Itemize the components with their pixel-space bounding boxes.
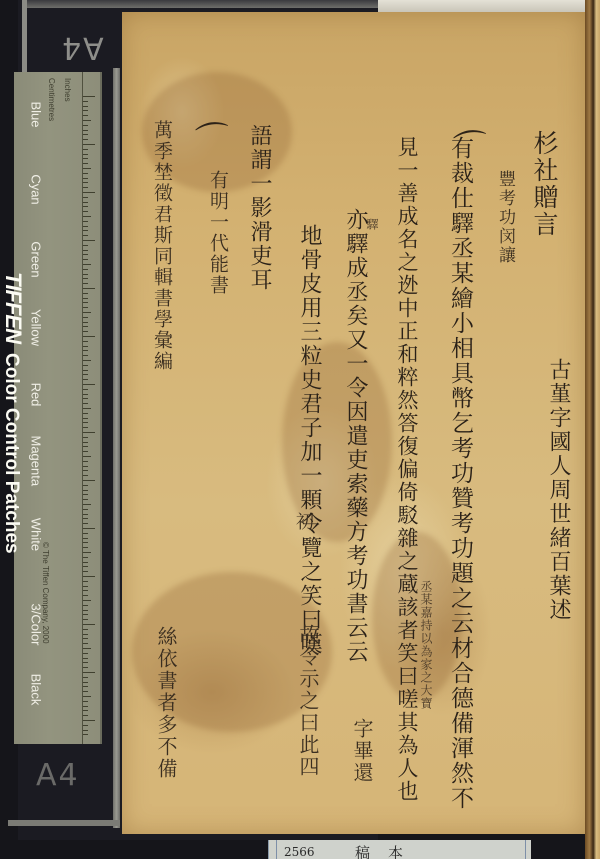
- ruler-tick: [83, 139, 88, 140]
- tiffen-logo: TIFFEN: [1, 272, 26, 343]
- ruler-unit-centimetres: Centimetres: [47, 78, 56, 121]
- ruler-tick: [83, 514, 88, 515]
- ruler-tick: [83, 730, 88, 731]
- column-2: 見一善成名之迯中正和粹然答復偏倚駁雜之蔵該者笑曰嗟其為人也: [396, 136, 417, 803]
- ruler-tick: [83, 158, 88, 159]
- ruler-tick: [83, 566, 88, 567]
- ruler-tick: [83, 302, 88, 303]
- ruler-tick: [83, 413, 88, 414]
- ruler-tick: [83, 115, 88, 116]
- ruler-tick: [83, 178, 88, 179]
- ruler-tick: [83, 163, 88, 164]
- strip-title: Color Control Patches: [1, 353, 22, 554]
- ruler-tick: [83, 192, 95, 193]
- column-4: 地骨皮用三粒史君子加一顆令覽之笑曰嘆: [298, 224, 320, 656]
- patch-label-blue: Blue: [29, 91, 44, 139]
- ruler-tick: [83, 355, 88, 356]
- ruler-tick: [83, 154, 88, 155]
- ruler-tick: [83, 485, 88, 486]
- ruler-tick: [83, 370, 88, 371]
- ruler-tick: [83, 379, 88, 380]
- ruler-tick: [83, 466, 88, 467]
- ruler-tick: [83, 346, 88, 347]
- a4-label-top: A4: [60, 30, 104, 65]
- ruler-tick: [83, 312, 91, 313]
- ruler-tick: [83, 360, 91, 361]
- ruler-tick: [83, 307, 88, 308]
- column-1: 有裁仕驛丞某繪小相具幣乞考功贊考功題之云材合德備渾然不: [448, 136, 471, 811]
- torn-fragment-text: 初: [294, 512, 312, 532]
- ruler-tick: [83, 523, 88, 524]
- ruler-tick: [83, 614, 88, 615]
- ruler-tick: [83, 509, 88, 510]
- ruler-tick: [83, 552, 91, 553]
- ruler-tick: [83, 197, 88, 198]
- ruler-tick: [83, 202, 88, 203]
- ruler-tick: [83, 216, 91, 217]
- ruler-tick: [83, 403, 88, 404]
- ruler-tick: [83, 240, 95, 241]
- ruler-tick: [83, 283, 88, 284]
- ruler-tick: [83, 168, 91, 169]
- ruler-tick: [83, 187, 88, 188]
- ruler-tick: [83, 653, 88, 654]
- ruler-tick: [83, 658, 88, 659]
- ruler-unit-inches: Inches: [63, 78, 72, 102]
- ruler-tick: [83, 96, 95, 97]
- ruler-tick: [83, 350, 88, 351]
- ruler-tick: [83, 682, 88, 683]
- ruler-tick: [83, 581, 88, 582]
- ruler-tick: [83, 667, 88, 668]
- ruler-tick: [83, 254, 88, 255]
- column-author: 古堇字國人周世緒百葉述: [547, 358, 569, 622]
- photo-scene: A4 A4 Inches Centimetres TIFFENColor Con…: [0, 0, 600, 859]
- ruler-tick: [83, 638, 88, 639]
- ruler-tick: [83, 211, 88, 212]
- ruler-tick: [83, 336, 95, 337]
- ruler-tick: [83, 422, 88, 423]
- column-heading-1: 豐考功闵讓: [496, 170, 513, 265]
- section-mark: ⌒: [193, 110, 233, 163]
- ruler-tick: [83, 475, 88, 476]
- ruler-tick: [83, 269, 88, 270]
- column-lower-3: 絲依書者多不備: [156, 626, 176, 780]
- ruler-tick: [83, 298, 88, 299]
- ruler-tick: [83, 605, 88, 606]
- ruler-tick: [83, 288, 95, 289]
- ruler-tick: [83, 442, 88, 443]
- slip-number: 2566: [284, 845, 315, 859]
- ruler-tick: [83, 250, 88, 251]
- ruler-tick: [83, 648, 91, 649]
- ruler-tick: [83, 538, 88, 539]
- ruler-tick: [83, 461, 88, 462]
- patch-label-white: White: [29, 511, 44, 559]
- column-3: 亦驛成丞矣又一令因遣吏索藥方考功書云云: [344, 208, 366, 664]
- ruler-tick: [83, 629, 88, 630]
- ruler-tick: [83, 130, 88, 131]
- ruler-tick: [83, 504, 91, 505]
- ruler-tick: [83, 264, 91, 265]
- patch-label-3color: 3/Color: [29, 601, 44, 649]
- backing-sheet: [378, 0, 600, 12]
- ruler-tick: [83, 533, 88, 534]
- column-1-annotation: 丞某嘉持以為家之大寶: [420, 580, 432, 710]
- column-lower-2: 字畢還: [352, 718, 372, 784]
- ruler-tick: [83, 293, 88, 294]
- ruler-tick: [83, 610, 88, 611]
- ruler-tick: [83, 672, 95, 673]
- ruler-tick: [83, 518, 88, 519]
- patch-label-black: Black: [29, 666, 44, 714]
- ruler-tick: [83, 221, 88, 222]
- ruler-tick: [83, 245, 88, 246]
- ruler-tick: [83, 562, 88, 563]
- frame-edge-top: [22, 0, 378, 8]
- ruler-tick: [83, 384, 95, 385]
- ruler-tick: [83, 715, 88, 716]
- ruler-tick: [83, 230, 88, 231]
- column-title: 杉社贈言: [532, 130, 557, 238]
- ruler-tick: [83, 120, 91, 121]
- ruler-scale: [82, 72, 101, 744]
- ruler-tick: [83, 341, 88, 342]
- tiffen-brand: TIFFENColor Control Patches: [0, 272, 26, 554]
- slip-title: 稿本: [355, 842, 421, 859]
- ruler-tick: [83, 576, 95, 577]
- ruler-tick: [83, 686, 88, 687]
- ruler-tick: [83, 634, 88, 635]
- ruler-tick: [83, 408, 91, 409]
- column-heading-2: 有明一代能書: [208, 170, 227, 296]
- ruler-tick: [83, 437, 88, 438]
- ruler-tick: [83, 691, 88, 692]
- ruler-tick: [83, 427, 88, 428]
- frame-edge-left: [22, 0, 27, 72]
- ruler-tick: [83, 557, 88, 558]
- a4-label-bottom: A4: [36, 758, 80, 793]
- ruler-tick: [83, 446, 88, 447]
- ruler-tick: [83, 590, 88, 591]
- ruler-tick: [83, 226, 88, 227]
- ruler-tick: [83, 600, 91, 601]
- ruler-tick: [83, 274, 88, 275]
- ruler-tick: [83, 394, 88, 395]
- book-spine-edge: [585, 0, 600, 859]
- ruler-tick: [83, 706, 88, 707]
- ruler-tick: [83, 206, 88, 207]
- ruler-tick: [83, 182, 88, 183]
- ruler-tick: [83, 725, 88, 726]
- ruler-tick: [83, 259, 88, 260]
- ruler-tick: [83, 326, 88, 327]
- ruler-tick: [83, 720, 95, 721]
- ruler-tick: [83, 470, 88, 471]
- ruler-tick: [83, 571, 88, 572]
- slip-rule: [525, 840, 526, 859]
- color-control-strip: Inches Centimetres TIFFENColor Control P…: [14, 72, 102, 744]
- ruler-tick: [83, 125, 88, 126]
- ruler-tick: [83, 389, 88, 390]
- ruler-tick: [83, 134, 88, 135]
- ruler-tick: [83, 624, 95, 625]
- ruler-tick: [83, 586, 88, 587]
- ruler-tick: [83, 278, 88, 279]
- column-lower-1: 故令示之曰此四: [298, 624, 318, 778]
- ruler-tick: [83, 451, 88, 452]
- ruler-tick: [83, 235, 88, 236]
- ruler-tick: [83, 480, 95, 481]
- patch-label-red: Red: [29, 371, 44, 419]
- frame-edge-right: [113, 68, 120, 828]
- ruler-tick: [83, 322, 88, 323]
- ruler-tick: [83, 317, 88, 318]
- ruler-tick: [83, 677, 88, 678]
- ruler-tick: [83, 701, 88, 702]
- ruler-tick: [83, 106, 88, 107]
- ruler-tick: [83, 173, 88, 174]
- ruler-tick: [83, 374, 88, 375]
- ruler-tick: [83, 432, 95, 433]
- ruler-tick: [83, 144, 95, 145]
- ruler-tick: [83, 595, 88, 596]
- ruler-tick: [83, 542, 88, 543]
- ruler-tick: [83, 398, 88, 399]
- ruler-tick: [83, 110, 88, 111]
- patch-label-magenta: Magenta: [29, 436, 44, 484]
- ruler-tick: [83, 547, 88, 548]
- ruler-tick: [83, 499, 88, 500]
- ruler-tick: [83, 365, 88, 366]
- ruler-tick: [83, 643, 88, 644]
- ruler-tick: [83, 149, 88, 150]
- ruler-tick: [83, 101, 88, 102]
- slip-rule: [276, 840, 277, 859]
- ruler-tick: [83, 490, 88, 491]
- manuscript-page: 杉社贈言 古堇字國人周世緒百葉述 豐考功闵讓 ⌒ 有裁仕驛丞某繪小相具幣乞考功贊…: [122, 12, 585, 834]
- patch-label-cyan: Cyan: [29, 166, 44, 214]
- ruler-tick: [83, 418, 88, 419]
- ruler-tick: [83, 494, 88, 495]
- ruler-tick: [83, 662, 88, 663]
- patch-label-yellow: Yellow: [29, 304, 44, 352]
- ruler-tick: [83, 710, 88, 711]
- column-6: 萬季埜徵君斯同輯書學彙編: [152, 120, 171, 372]
- patch-label-green: Green: [29, 236, 44, 284]
- ruler-tick: [83, 734, 88, 735]
- ruler-tick: [83, 619, 88, 620]
- frame-edge-bottom: [8, 820, 120, 826]
- ruler-tick: [83, 528, 95, 529]
- ruler-tick: [83, 331, 88, 332]
- ruler-tick: [83, 696, 91, 697]
- ruler-tick: [83, 456, 91, 457]
- column-5: 語謂一影滑吏耳: [248, 124, 270, 292]
